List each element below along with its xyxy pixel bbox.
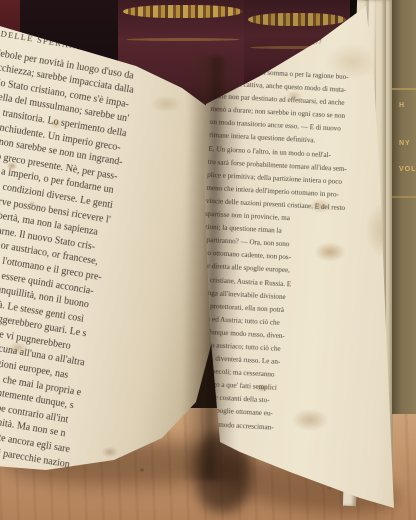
photo-vignette	[0, 0, 416, 520]
photo-open-book: H NY VOL DELLE SPERANZE D'ITALIA debole …	[0, 0, 416, 520]
